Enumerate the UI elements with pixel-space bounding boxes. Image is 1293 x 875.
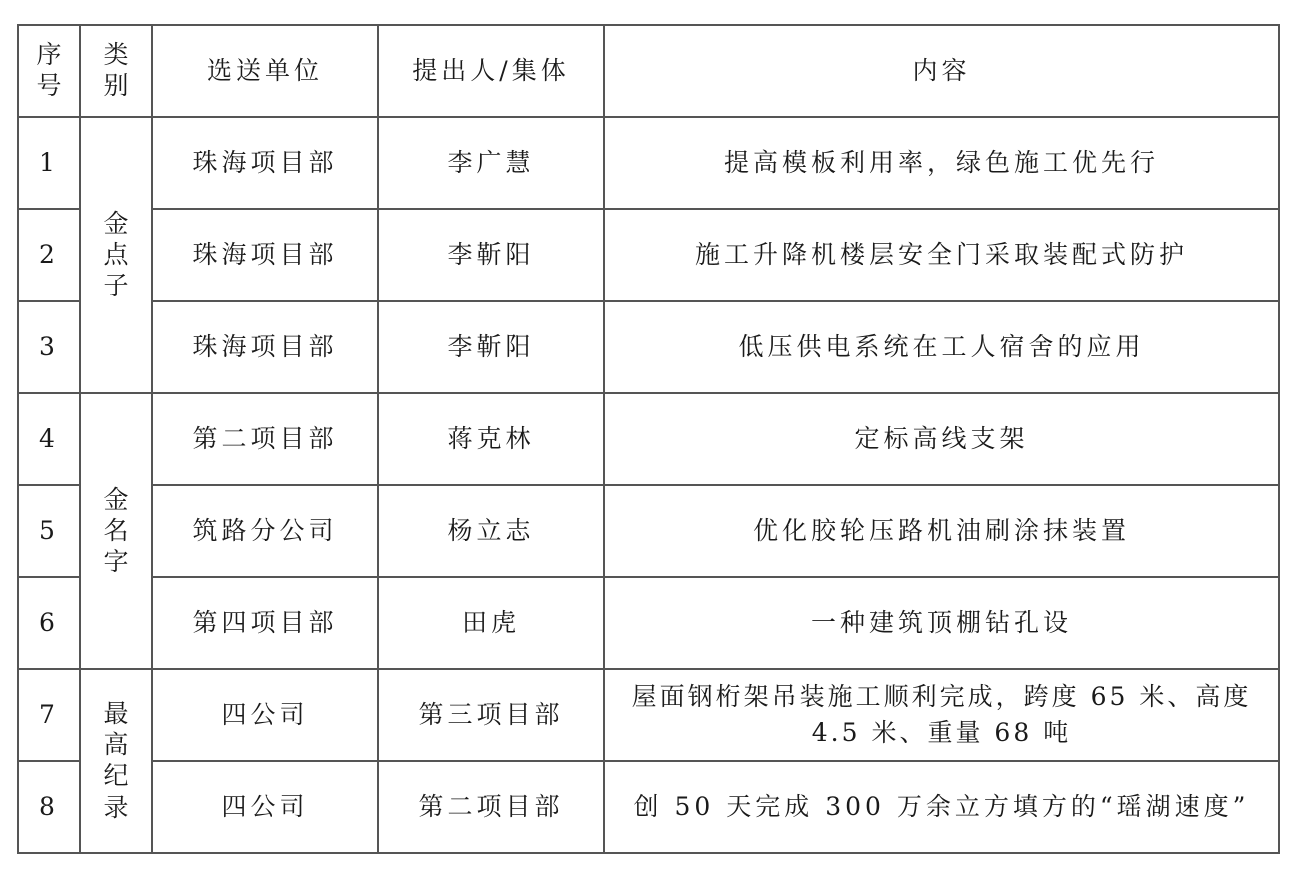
row-number: 5 [18, 485, 80, 577]
row-number: 3 [18, 301, 80, 393]
person-cell: 李靳阳 [378, 209, 604, 301]
header-number-label: 序号 [34, 39, 64, 102]
row-number: 7 [18, 669, 80, 761]
content-cell: 定标高线支架 [604, 393, 1279, 485]
content-cell: 屋面钢桁架吊装施工顺利完成，跨度 65 米、高度 4.5 米、重量 68 吨 [604, 669, 1279, 761]
unit-cell: 珠海项目部 [152, 209, 378, 301]
unit-cell: 珠海项目部 [152, 117, 378, 209]
unit-cell: 四公司 [152, 669, 378, 761]
unit-cell: 珠海项目部 [152, 301, 378, 393]
person-cell: 杨立志 [378, 485, 604, 577]
unit-cell: 第四项目部 [152, 577, 378, 669]
content-cell: 提高模板利用率，绿色施工优先行 [604, 117, 1279, 209]
content-cell: 优化胶轮压路机油刷涂抹装置 [604, 485, 1279, 577]
unit-cell: 第二项目部 [152, 393, 378, 485]
content-cell: 低压供电系统在工人宿舍的应用 [604, 301, 1279, 393]
person-cell: 田虎 [378, 577, 604, 669]
row-number: 2 [18, 209, 80, 301]
category-cell: 金名字 [80, 393, 152, 669]
category-cell: 金点子 [80, 117, 152, 393]
person-cell: 第三项目部 [378, 669, 604, 761]
unit-cell: 筑路分公司 [152, 485, 378, 577]
table-row: 5 筑路分公司 杨立志 优化胶轮压路机油刷涂抹装置 [18, 485, 1279, 577]
header-category: 类别 [80, 25, 152, 117]
row-number: 6 [18, 577, 80, 669]
header-category-label: 类别 [101, 39, 131, 102]
table-row: 4 金名字 第二项目部 蒋克林 定标高线支架 [18, 393, 1279, 485]
content-cell: 施工升降机楼层安全门采取装配式防护 [604, 209, 1279, 301]
category-label: 金点子 [101, 208, 131, 302]
header-number: 序号 [18, 25, 80, 117]
header-content: 内容 [604, 25, 1279, 117]
person-cell: 李广慧 [378, 117, 604, 209]
row-number: 8 [18, 761, 80, 853]
header-row: 序号 类别 选送单位 提出人/集体 内容 [18, 25, 1279, 117]
table-row: 8 四公司 第二项目部 创 50 天完成 300 万余立方填方的“瑶湖速度” [18, 761, 1279, 853]
person-cell: 李靳阳 [378, 301, 604, 393]
unit-cell: 四公司 [152, 761, 378, 853]
awards-table: 序号 类别 选送单位 提出人/集体 内容 1 金点子 珠海项目部 李广慧 提高模… [17, 24, 1280, 854]
person-cell: 第二项目部 [378, 761, 604, 853]
content-cell: 一种建筑顶棚钻孔设 [604, 577, 1279, 669]
table-row: 2 珠海项目部 李靳阳 施工升降机楼层安全门采取装配式防护 [18, 209, 1279, 301]
category-label: 金名字 [101, 484, 131, 578]
row-number: 1 [18, 117, 80, 209]
person-cell: 蒋克林 [378, 393, 604, 485]
content-cell: 创 50 天完成 300 万余立方填方的“瑶湖速度” [604, 761, 1279, 853]
header-unit: 选送单位 [152, 25, 378, 117]
table-row: 1 金点子 珠海项目部 李广慧 提高模板利用率，绿色施工优先行 [18, 117, 1279, 209]
category-cell: 最高纪录 [80, 669, 152, 853]
row-number: 4 [18, 393, 80, 485]
table-row: 6 第四项目部 田虎 一种建筑顶棚钻孔设 [18, 577, 1279, 669]
header-person: 提出人/集体 [378, 25, 604, 117]
table-row: 7 最高纪录 四公司 第三项目部 屋面钢桁架吊装施工顺利完成，跨度 65 米、高… [18, 669, 1279, 761]
category-label: 最高纪录 [101, 698, 131, 823]
table-row: 3 珠海项目部 李靳阳 低压供电系统在工人宿舍的应用 [18, 301, 1279, 393]
